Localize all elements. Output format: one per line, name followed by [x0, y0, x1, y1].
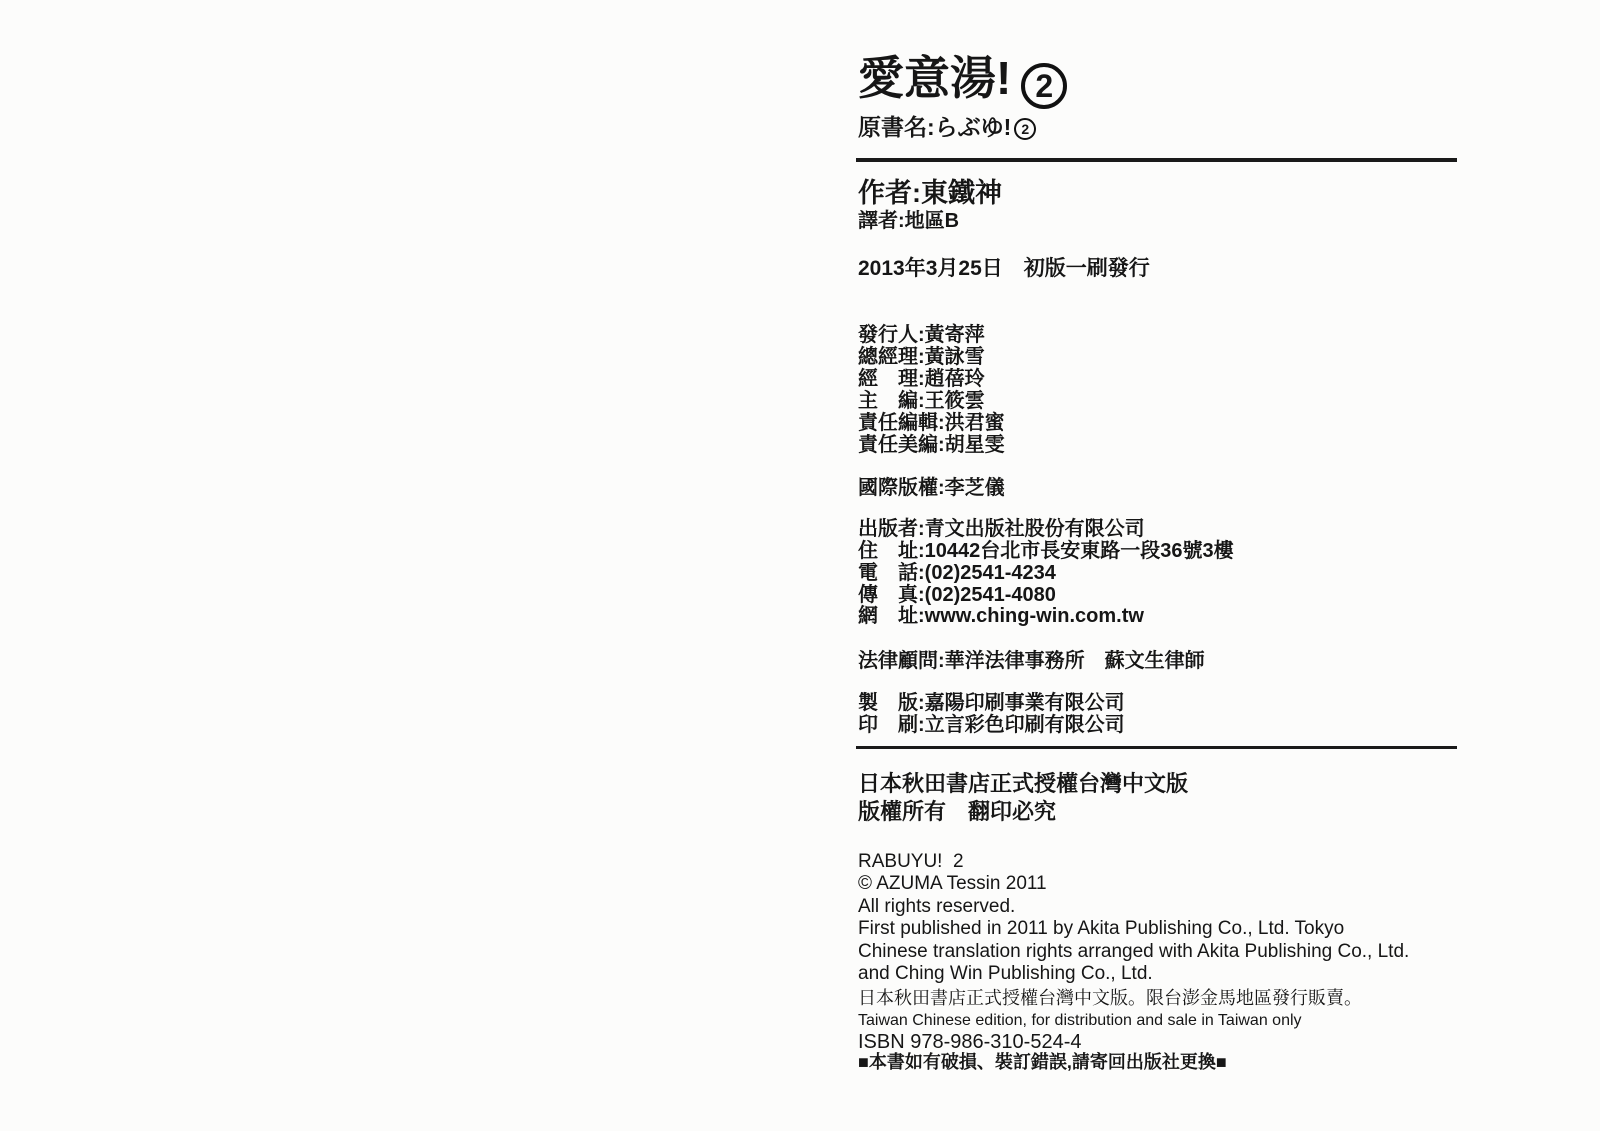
- english-title-line: RABUYU! 2: [858, 852, 964, 873]
- staff-line-manager: 經 理:趙蓓玲: [858, 369, 985, 391]
- staff-line-general-manager: 總經理:黃詠雪: [858, 347, 985, 369]
- english-translation-rights-line: Chinese translation rights arranged with…: [858, 942, 1409, 963]
- original-title: 原書名:らぶゆ!2: [858, 115, 1036, 140]
- damage-notice-line: ■本書如有破損、裝訂錯誤,請寄回出版社更換■: [858, 1053, 1227, 1072]
- original-volume-badge: 2: [1014, 118, 1036, 140]
- authorization-line: 日本秋田書店正式授權台灣中文版: [858, 772, 1188, 796]
- publisher-website-line: 網 址:www.ching-win.com.tw: [858, 606, 1144, 628]
- book-title: 愛意湯!2: [858, 54, 1067, 109]
- english-rights-line: All rights reserved.: [858, 897, 1015, 918]
- author-line: 作者:東鐵神: [858, 179, 1002, 208]
- divider-rule-top: [856, 158, 1457, 162]
- publisher-fax-line: 傳 真:(02)2541-4080: [858, 585, 1056, 607]
- volume-number-badge: 2: [1021, 63, 1067, 109]
- international-rights-line: 國際版權:李芝儀: [858, 478, 1005, 500]
- distribution-zh-line: 日本秋田書店正式授權台灣中文版。限台澎金馬地區發行販賣。: [858, 989, 1362, 1008]
- staff-line-art-editor: 責任美編:胡星雯: [858, 435, 1005, 457]
- original-title-text: 原書名:らぶゆ!: [858, 114, 1011, 140]
- publisher-phone-line: 電 話:(02)2541-4234: [858, 563, 1056, 585]
- book-title-text: 愛意湯!: [858, 52, 1011, 104]
- staff-line-chief-editor: 主 編:王筱雲: [858, 391, 985, 413]
- english-copyright-line: © AZUMA Tessin 2011: [858, 874, 1047, 895]
- prepress-line: 製 版:嘉陽印刷事業有限公司: [858, 693, 1125, 715]
- edition-date-line: 2013年3月25日 初版一刷發行: [858, 258, 1150, 281]
- divider-rule-bottom: [856, 746, 1457, 749]
- colophon-page: 愛意湯!2 原書名:らぶゆ!2 作者:東鐵神 譯者:地區B 2013年3月25日…: [0, 0, 1600, 1131]
- english-chingwin-line: and Ching Win Publishing Co., Ltd.: [858, 964, 1153, 985]
- isbn-line: ISBN 978-986-310-524-4: [858, 1032, 1081, 1054]
- publisher-name-line: 出版者:青文出版社股份有限公司: [858, 519, 1145, 541]
- legal-advisor-line: 法律顧問:華洋法律事務所 蘇文生律師: [858, 651, 1205, 673]
- publisher-address-line: 住 址:10442台北市長安東路一段36號3樓: [858, 541, 1234, 563]
- staff-line-publisher-person: 發行人:黃寄萍: [858, 325, 985, 347]
- staff-line-editor: 責任編輯:洪君蜜: [858, 413, 1005, 435]
- distribution-en-line: Taiwan Chinese edition, for distribution…: [858, 1012, 1302, 1029]
- printer-line: 印 刷:立言彩色印刷有限公司: [858, 715, 1125, 737]
- copyright-reserved-line: 版權所有 翻印必究: [858, 800, 1056, 824]
- english-first-published-line: First published in 2011 by Akita Publish…: [858, 919, 1344, 940]
- translator-line: 譯者:地區B: [858, 211, 959, 233]
